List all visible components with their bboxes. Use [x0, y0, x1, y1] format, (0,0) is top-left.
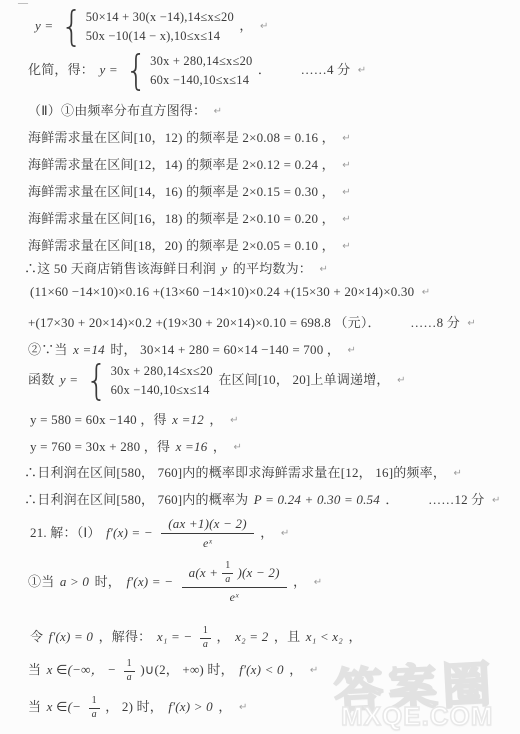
freq-math: 2×0.10 = 0.20 — [242, 211, 318, 226]
line-prob1: ∴日利润在区间[580， 760]内的概率即求海鲜需求量在[12， 16]的频率… — [24, 462, 462, 481]
line-freq-10-12: 海鲜需求量在区间[10，12) 的频率是 2×0.08 = 0.16 ， ↵ — [28, 127, 351, 146]
interval2-t1: 当 — [28, 699, 41, 714]
return-mark-icon: ↵ — [342, 133, 351, 144]
y760-tail: ， — [213, 439, 226, 454]
case-a-fx: f′(x) = − — [126, 574, 173, 589]
return-mark-icon: ↵ — [214, 106, 223, 117]
simplify-case-top: 30x + 280,14≤x≤20 — [150, 52, 252, 71]
eq1-cases: { 50×14 + 30(x −14),14≤x≤20 50x −10(14 −… — [61, 8, 234, 46]
score-8: ……8 分 — [410, 315, 460, 330]
fraction-numerator: 1 — [124, 658, 135, 672]
interval1-m3: f′(x) < 0 — [239, 662, 283, 677]
return-mark-icon: ↵ — [342, 187, 351, 198]
line-y580: y = 580 = 60x −140 ，得 x =12 ， ↵ — [30, 409, 239, 428]
return-mark-icon: ↵ — [314, 577, 323, 588]
return-mark-icon: ↵ — [342, 160, 351, 171]
prob1-text: ∴日利润在区间[580， 760]内的概率即求海鲜需求量在[12， 16]的频率… — [24, 465, 446, 480]
return-mark-icon: ↵ — [342, 214, 351, 225]
return-mark-icon: ↵ — [281, 528, 290, 539]
line-y760: y = 760 = 30x + 280 ，得 x =16 ， ↵ — [30, 436, 242, 455]
line-simplify: 化简，得： y = { 30x + 280,14≤x≤20 60x −140,1… — [28, 52, 366, 90]
case-a-circ: ①当 — [28, 574, 54, 589]
func-cases: { 30x + 280,14≤x≤20 60x −140,10≤x≤14 — [86, 362, 213, 400]
solve-t5: ， — [348, 629, 361, 644]
case-a-fraction: a(x + 1 a )(x − 2) eˣ — [182, 560, 287, 606]
inner-numerator: 1 — [222, 560, 233, 574]
q21-denominator: eˣ — [203, 536, 212, 550]
fraction-numerator: 1 — [200, 625, 211, 639]
fraction-1a: 1 a — [200, 625, 211, 651]
func-case-bottom: 60x −140,10≤x≤14 — [111, 381, 213, 400]
scanned-exam-solution-page: — y = { 50×14 + 30(x −14),14≤x≤20 50x −1… — [0, 0, 520, 734]
line-part2-heading: （Ⅱ）①由频率分布直方图得： ↵ — [28, 100, 222, 119]
item2-mid: 时， — [110, 342, 136, 357]
line-interval-positive: 当 x ∈(− 1 a ， 2) 时， f′(x) > 0 ， ↵ — [28, 695, 248, 721]
interval1-t1: 当 — [28, 662, 41, 677]
y760-mid: ，得 — [144, 439, 170, 454]
y580-math2: x =12 — [172, 412, 204, 427]
item2-math: x =14 — [73, 342, 105, 357]
freq-text: 海鲜需求量在区间[14，16) 的频率是 — [28, 184, 239, 199]
prob2-tail: ． — [385, 492, 398, 507]
fraction-1a: 1 a — [89, 695, 100, 721]
return-mark-icon: ↵ — [422, 287, 431, 298]
y580-tail: ， — [209, 412, 222, 427]
interval2-m1: x ∈(− — [47, 699, 81, 714]
interval1-m1: x ∈(−∞， − — [47, 662, 117, 677]
q21-tail: ， — [260, 525, 273, 540]
left-brace-icon: { — [61, 7, 83, 48]
fraction-numerator: 1 — [89, 695, 100, 709]
simplify-lhs: y = — [99, 62, 117, 77]
q21-numerator: (ax +1)(x − 2) — [168, 516, 246, 532]
eq1-tail: ， — [239, 18, 252, 33]
fraction-denominator: a — [203, 639, 208, 652]
eq1-rows: 50×14 + 30(x −14),14≤x≤20 50x −10(14 − x… — [86, 8, 234, 46]
line-q21: 21. 解：（Ⅰ） f′(x) = − (ax +1)(x − 2) eˣ ， … — [30, 516, 289, 552]
line-func-monotonic: 函数 y = { 30x + 280,14≤x≤20 60x −140,10≤x… — [28, 362, 406, 400]
score-12: ……12 分 — [428, 492, 484, 507]
eq1-case-top: 50×14 + 30(x −14),14≤x≤20 — [86, 8, 234, 27]
return-mark-icon: ↵ — [467, 318, 476, 329]
y760-math: y = 760 = 30x + 280 — [30, 439, 140, 454]
mean-calc2-math: +(17×30 + 20×14)×0.2 +(19×30 + 20×14)×0.… — [28, 315, 331, 330]
q21-fx: f′(x) = − — [106, 525, 153, 540]
interval2-m2: ， 2) — [105, 699, 133, 714]
case-a-num-pre: a(x + — [189, 565, 219, 581]
case-a-denominator: eˣ — [230, 590, 239, 604]
freq-tail: ， — [322, 238, 335, 253]
case-a-cond: a > 0 — [60, 574, 89, 589]
freq-math: 2×0.05 = 0.10 — [242, 238, 318, 253]
fraction-denominator: a — [92, 709, 97, 722]
func-tail: 在区间[10， 20]上单调递增， — [218, 372, 389, 387]
return-mark-icon: ↵ — [234, 442, 243, 453]
line-item2: ②∵当 x =14 时， 30×14 + 280 = 60×14 −140 = … — [28, 339, 356, 358]
line-freq-12-14: 海鲜需求量在区间[12，14) 的频率是 2×0.12 = 0.24 ， ↵ — [28, 154, 351, 173]
line-interval-negative: 当 x ∈(−∞， − 1 a )∪(2， +∞) 时， f′(x) < 0 ，… — [28, 658, 318, 684]
inner-denominator: a — [225, 574, 230, 587]
solve-t2: ，解得： — [99, 629, 152, 644]
eq1-lhs: y = — [35, 18, 53, 33]
item2-circ: ②∵当 — [28, 342, 68, 357]
freq-tail: ， — [322, 184, 335, 199]
func-lead: 函数 — [28, 372, 54, 387]
fraction-denominator: a — [127, 672, 132, 685]
return-mark-icon: ↵ — [310, 665, 319, 676]
score-4: ……4 分 — [301, 62, 351, 77]
watermark-site-url: MXQE.COM — [341, 701, 493, 732]
line-eq1: y = { 50×14 + 30(x −14),14≤x≤20 50x −10(… — [33, 8, 269, 46]
prob2-text: ∴日利润在区间[580， 760]内的概率为 — [24, 492, 248, 507]
solve-t3: ， — [217, 629, 230, 644]
mean-calc1-math: (11×60 −14×10)×0.16 +(13×60 −14×10)×0.24… — [30, 284, 414, 299]
line-freq-14-16: 海鲜需求量在区间[14，16) 的频率是 2×0.15 = 0.30 ， ↵ — [28, 181, 351, 200]
line-mean-intro: ∴这 50 天商店销售该海鲜日利润 y 的平均数为： ↵ — [24, 258, 328, 277]
return-mark-icon: ↵ — [260, 21, 269, 32]
case-a-num-post: )(x − 2) — [237, 565, 279, 581]
y760-math2: x =16 — [176, 439, 208, 454]
eq1-case-bottom: 50x −10(14 − x),10≤x≤14 — [86, 27, 234, 46]
y580-math: y = 580 = 60x −140 — [30, 412, 137, 427]
freq-tail: ， — [322, 157, 335, 172]
interval1-t2: 时， — [207, 662, 233, 677]
freq-text: 海鲜需求量在区间[18，20) 的频率是 — [28, 238, 239, 253]
simplify-case-bottom: 60x −140,10≤x≤14 — [150, 71, 252, 90]
interval2-m3: f′(x) > 0 — [168, 699, 212, 714]
mean-intro-pre: ∴这 50 天商店销售该海鲜日利润 — [24, 261, 216, 276]
q21-lead: 21. 解：（Ⅰ） — [30, 525, 101, 540]
return-mark-icon: ↵ — [492, 495, 501, 506]
solve-t4: ，且 — [274, 629, 300, 644]
return-mark-icon: ↵ — [453, 468, 462, 479]
simplify-tail: ． — [258, 62, 271, 77]
interval1-t3: ， — [289, 662, 302, 677]
return-mark-icon: ↵ — [348, 345, 357, 356]
solve-m4: x₁ < x₂ — [306, 629, 343, 644]
simplify-lead: 化简，得： — [28, 62, 94, 77]
mean-intro-post: 的平均数为： — [233, 261, 312, 276]
fraction-1a: 1 a — [124, 658, 135, 684]
line-freq-18-20: 海鲜需求量在区间[18，20) 的频率是 2×0.05 = 0.10 ， ↵ — [28, 235, 351, 254]
freq-math: 2×0.12 = 0.24 — [242, 157, 318, 172]
inner-fraction-1a: 1 a — [222, 560, 233, 586]
solve-m3: x₂ = 2 — [235, 629, 268, 644]
left-brace-icon: { — [125, 51, 147, 92]
mean-calc2-unit: （元）． — [334, 315, 380, 330]
interval1-m2: )∪(2， +∞) — [140, 662, 204, 677]
func-rows: 30x + 280,14≤x≤20 60x −140,10≤x≤14 — [111, 362, 213, 400]
freq-tail: ， — [322, 211, 335, 226]
freq-text: 海鲜需求量在区间[12，14) 的频率是 — [28, 157, 239, 172]
interval2-t2: 时， — [137, 699, 163, 714]
freq-math: 2×0.15 = 0.30 — [242, 184, 318, 199]
q21-fraction: (ax +1)(x − 2) eˣ — [161, 516, 253, 552]
return-mark-icon: ↵ — [397, 375, 406, 386]
freq-text: 海鲜需求量在区间[16，18) 的频率是 — [28, 211, 239, 226]
y580-mid: ，得 — [140, 412, 166, 427]
line-freq-16-18: 海鲜需求量在区间[16，18) 的频率是 2×0.10 = 0.20 ， ↵ — [28, 208, 351, 227]
part2-text: （Ⅱ）①由频率分布直方图得： — [28, 103, 206, 118]
solve-m2: x₁ = − — [157, 629, 193, 644]
line-mean-calc2: +(17×30 + 20×14)×0.2 +(19×30 + 20×14)×0.… — [28, 312, 476, 331]
line-solve-roots: 令 f′(x) = 0 ，解得： x₁ = − 1 a ， x₂ = 2 ，且 … — [30, 625, 362, 651]
func-case-top: 30x + 280,14≤x≤20 — [111, 362, 213, 381]
simplify-rows: 30x + 280,14≤x≤20 60x −140,10≤x≤14 — [150, 52, 252, 90]
left-brace-icon: { — [86, 361, 108, 402]
line-mean-calc1: (11×60 −14×10)×0.16 +(13×60 −14×10)×0.24… — [30, 284, 430, 300]
item2-math2: 30×14 + 280 = 60×14 −140 = 700 — [140, 342, 323, 357]
case-a-mid: 时， — [95, 574, 121, 589]
line-prob2: ∴日利润在区间[580， 760]内的概率为 P = 0.24 + 0.30 =… — [24, 489, 501, 508]
case-a-tail: ， — [293, 574, 306, 589]
solve-t1: 令 — [30, 629, 43, 644]
scan-artifact-dash: — — [18, 0, 28, 9]
return-mark-icon: ↵ — [358, 65, 367, 76]
item2-tail: ， — [327, 342, 340, 357]
freq-tail: ， — [322, 130, 335, 145]
solve-m1: f′(x) = 0 — [49, 629, 93, 644]
return-mark-icon: ↵ — [230, 415, 239, 426]
return-mark-icon: ↵ — [239, 702, 248, 713]
prob2-math: P = 0.24 + 0.30 = 0.54 — [254, 492, 380, 507]
freq-math: 2×0.08 = 0.16 — [242, 130, 318, 145]
return-mark-icon: ↵ — [342, 241, 351, 252]
mean-intro-var: y — [221, 261, 227, 276]
freq-text: 海鲜需求量在区间[10，12) 的频率是 — [28, 130, 239, 145]
return-mark-icon: ↵ — [319, 264, 328, 275]
func-lhs: y = — [60, 372, 78, 387]
line-case-a: ①当 a > 0 时， f′(x) = − a(x + 1 a )(x − 2)… — [28, 560, 322, 606]
interval2-t3: ， — [218, 699, 231, 714]
simplify-cases: { 30x + 280,14≤x≤20 60x −140,10≤x≤14 — [125, 52, 252, 90]
